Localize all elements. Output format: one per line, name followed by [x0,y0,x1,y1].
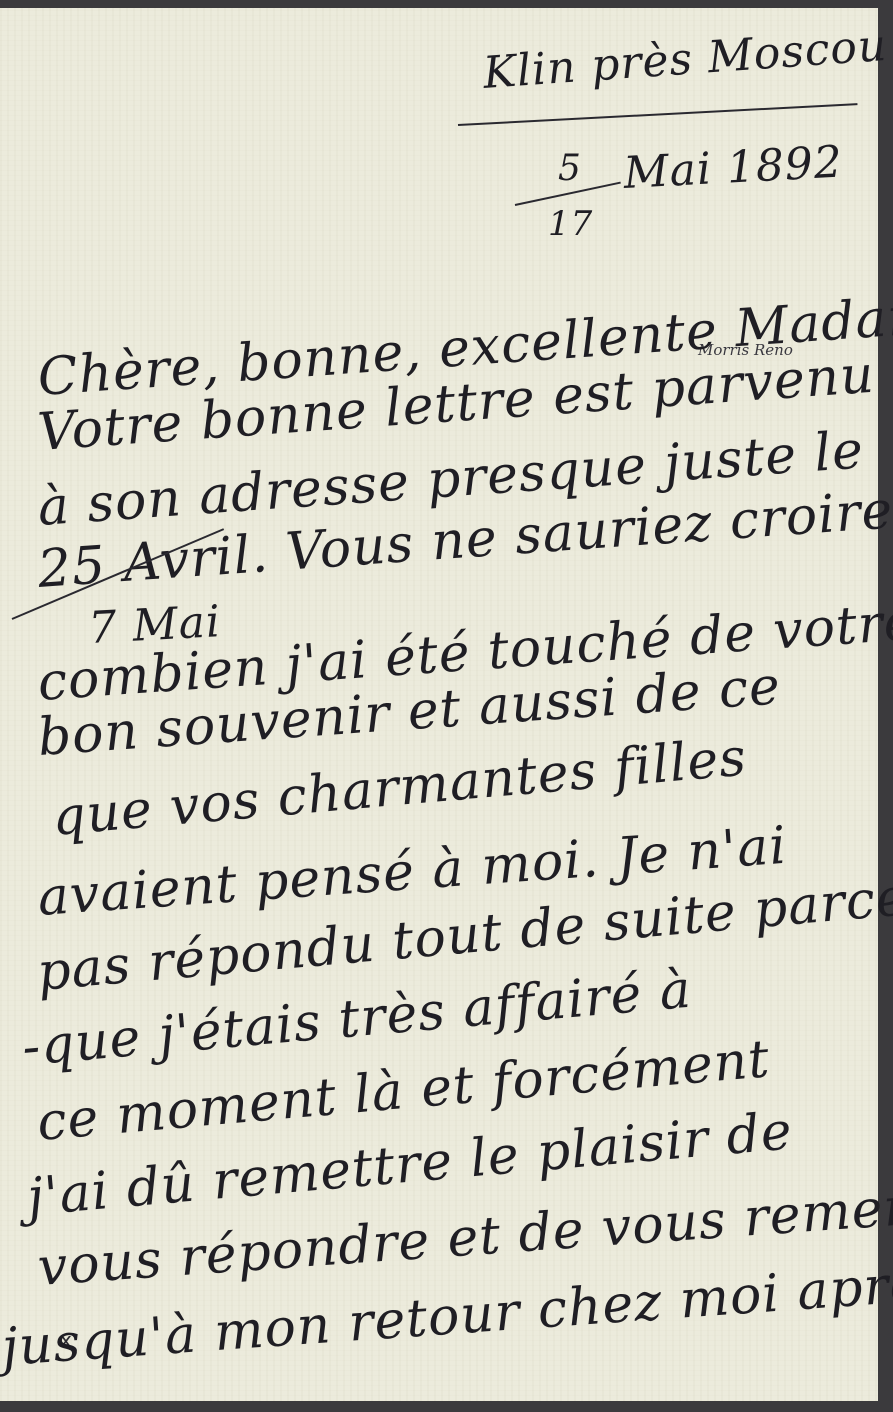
letter-place-heading: Klin près Moscou [481,20,888,99]
date-new-style-day: 17 [548,204,593,244]
date-month-year: Mai 1892 [622,137,844,199]
letter-page: Klin près Moscou 5 17 Mai 1892 Morris Re… [0,8,878,1401]
heading-underline [458,103,858,126]
date-old-style-day: 5 [558,148,582,189]
